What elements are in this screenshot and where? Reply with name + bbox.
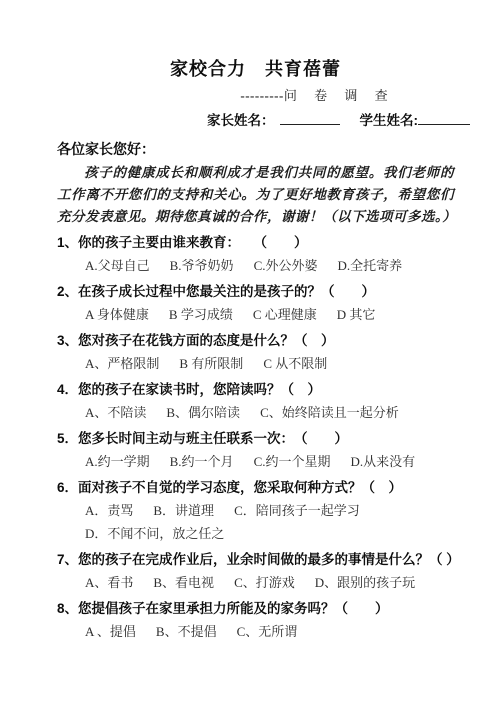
option: A 身体健康 [85, 307, 149, 322]
question-label: 6．面对孩子不自觉的学习态度，您采取何种方式？（ ） [57, 476, 454, 499]
question-options: A、看书B、看电视C、打游戏D、跟别的孩子玩 [57, 571, 454, 594]
question-label: 2、在孩子成长过程中您最关注的是孩子的？（ ） [57, 280, 454, 303]
question-label: 4．您的孩子在家读书时，您陪读吗？（ ） [57, 378, 454, 401]
question-item: 4．您的孩子在家读书时，您陪读吗？（ ） A、不陪读B、偶尔陪读C、始终陪读且一… [57, 378, 454, 424]
option: C 心理健康 [253, 307, 317, 322]
question-options: A.父母自己B.爷爷奶奶C.外公外婆D.全托寄养 [57, 254, 454, 277]
question-options: A.约一学期B.约一个月C.约一个星期D.从来没有 [57, 450, 454, 473]
option: B 学习成绩 [169, 307, 233, 322]
option: B 有所限制 [179, 356, 243, 371]
option-line: A 身体健康B 学习成绩C 心理健康D 其它 [57, 303, 454, 326]
questionnaire-page: 家校合力 共育蓓蕾 ---------问 卷 调 查 家长姓名：学生姓名: 各位… [0, 0, 500, 707]
option: D．不闻不问，放之任之 [85, 526, 224, 541]
option-line: A.约一学期B.约一个月C.约一个星期D.从来没有 [57, 450, 454, 473]
option-line: D．不闻不问，放之任之 [57, 522, 454, 545]
option: B.约一个月 [170, 454, 234, 469]
question-item: 2、在孩子成长过程中您最关注的是孩子的？（ ） A 身体健康B 学习成绩C 心理… [57, 280, 454, 326]
parent-name-label: 家长姓名： [207, 113, 275, 128]
option: C、无所谓 [237, 624, 298, 639]
option: C、始终陪读且一起分析 [260, 405, 399, 420]
option: A．责骂 [85, 503, 133, 518]
question-item: 7、您的孩子在完成作业后，业余时间做的最多的事情是什么？（ ） A、看书B、看电… [57, 548, 454, 594]
question-item: 1、你的孩子主要由谁来教育： （ ） A.父母自己B.爷爷奶奶C.外公外婆D.全… [57, 231, 454, 277]
page-title: 家校合力 共育蓓蕾 [57, 58, 454, 80]
option-line: A、严格限制B 有所限制C 从不限制 [57, 352, 454, 375]
question-label: 3、您对孩子在花钱方面的态度是什么？（ ） [57, 329, 454, 352]
option-line: A 、提倡B、不提倡C、无所谓 [57, 620, 454, 643]
option: A、看书 [85, 575, 133, 590]
option: C．陪同孩子一起学习 [234, 503, 360, 518]
option-line: A.父母自己B.爷爷奶奶C.外公外婆D.全托寄养 [57, 254, 454, 277]
option-line: A、看书B、看电视C、打游戏D、跟别的孩子玩 [57, 571, 454, 594]
option: C、打游戏 [234, 575, 295, 590]
question-options: A 身体健康B 学习成绩C 心理健康D 其它 [57, 303, 454, 326]
option: A 、提倡 [85, 624, 136, 639]
question-label: 7、您的孩子在完成作业后，业余时间做的最多的事情是什么？（ ） [57, 548, 454, 571]
question-options: A 、提倡B、不提倡C、无所谓 [57, 620, 454, 643]
intro-paragraph: 孩子的健康成长和顺利成才是我们共同的愿望。我们老师的工作离不开您们的支持和关心。… [57, 162, 454, 228]
question-label: 5．您多长时间主动与班主任联系一次： （ ） [57, 427, 454, 450]
student-name-blank-line [418, 113, 470, 125]
question-item: 3、您对孩子在花钱方面的态度是什么？（ ） A、严格限制B 有所限制C 从不限制 [57, 329, 454, 375]
option: D.从来没有 [350, 454, 415, 469]
parent-name-blank-line [280, 113, 340, 125]
question-options: A、不陪读B、偶尔陪读C、始终陪读且一起分析 [57, 401, 454, 424]
option: D、跟别的孩子玩 [315, 575, 415, 590]
student-name-label: 学生姓名: [360, 113, 419, 128]
option-line: A、不陪读B、偶尔陪读C、始终陪读且一起分析 [57, 401, 454, 424]
subtitle-dashes: --------- [240, 88, 283, 103]
option: B.爷爷奶奶 [170, 258, 234, 273]
option: C.外公外婆 [254, 258, 318, 273]
question-item: 8、您提倡孩子在家里承担力所能及的家务吗？（ ） A 、提倡B、不提倡C、无所谓 [57, 597, 454, 643]
option: D.全托寄养 [337, 258, 402, 273]
question-label: 8、您提倡孩子在家里承担力所能及的家务吗？（ ） [57, 597, 454, 620]
name-fields-row: 家长姓名：学生姓名: [207, 112, 454, 129]
option: C 从不限制 [263, 356, 327, 371]
option: D 其它 [337, 307, 376, 322]
question-options: A、严格限制B 有所限制C 从不限制 [57, 352, 454, 375]
option: A、不陪读 [85, 405, 146, 420]
option: C.约一个星期 [254, 454, 331, 469]
question-label: 1、你的孩子主要由谁来教育： （ ） [57, 231, 454, 254]
option: A、严格限制 [85, 356, 159, 371]
question-options: A．责骂B．讲道理C．陪同孩子一起学习D．不闻不问，放之任之 [57, 499, 454, 545]
option: B、偶尔陪读 [166, 405, 240, 420]
question-item: 5．您多长时间主动与班主任联系一次： （ ） A.约一学期B.约一个月C.约一个… [57, 427, 454, 473]
option: B．讲道理 [153, 503, 214, 518]
question-item: 6．面对孩子不自觉的学习态度，您采取何种方式？（ ） A．责骂B．讲道理C．陪同… [57, 476, 454, 545]
option: A.父母自己 [85, 258, 150, 273]
greeting-line: 各位家长您好： [57, 140, 454, 158]
subtitle-text: 问 卷 调 查 [284, 88, 395, 103]
option: B、看电视 [153, 575, 214, 590]
option: B、不提倡 [156, 624, 217, 639]
option: A.约一学期 [85, 454, 150, 469]
option-line: A．责骂B．讲道理C．陪同孩子一起学习 [57, 499, 454, 522]
page-subtitle: ---------问 卷 调 查 [119, 88, 500, 104]
question-list: 1、你的孩子主要由谁来教育： （ ） A.父母自己B.爷爷奶奶C.外公外婆D.全… [57, 231, 454, 643]
